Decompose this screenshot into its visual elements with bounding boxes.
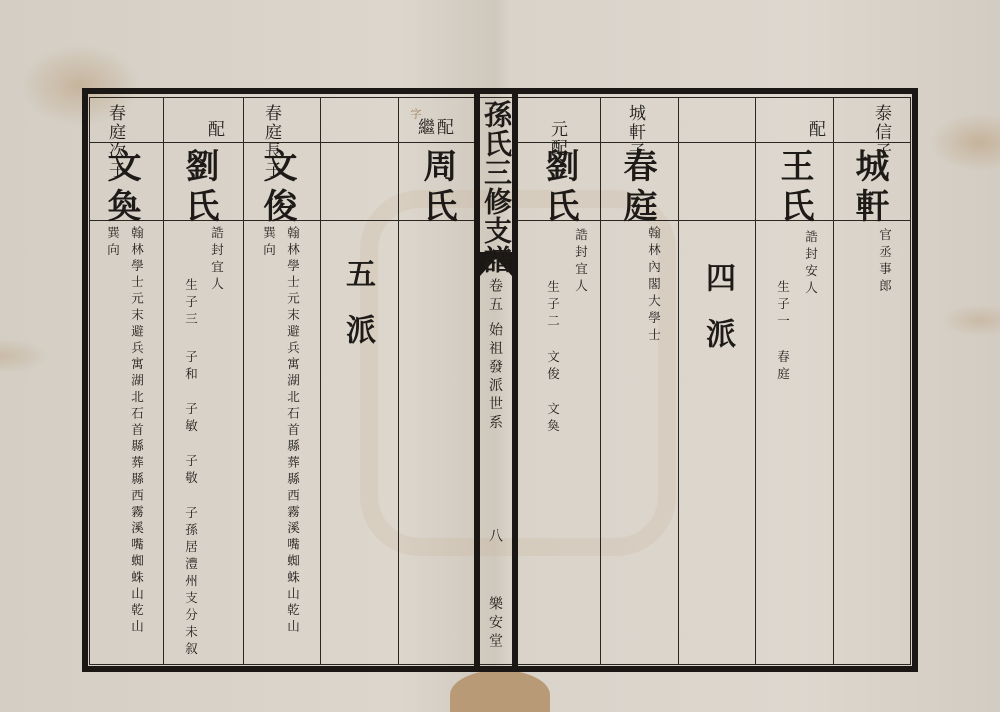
person-notes: 巽向 [262,226,275,260]
person-notes: 文俊 [546,350,559,384]
row-divider [518,142,911,143]
person-notes: 翰林學士元末避兵寓湖北石首縣葬縣西霧溪嘴蜘蛛山乾山 [130,226,143,636]
binding-stain [450,670,550,712]
branch-label-four: 四派 [702,262,732,374]
person-notes: 官丞事郎 [878,228,891,296]
person-name: 文俊 [260,148,294,228]
book-title: 孫氏三修支譜 [482,100,510,274]
hall-name: 樂安堂 [488,596,502,652]
person-notes: 春庭 [776,350,789,384]
person-name: 春庭 [620,148,654,228]
column-divider [600,97,601,665]
section-label: 始祖發派世系 [488,322,502,433]
column-divider [755,97,756,665]
person-notes: 巽向 [106,226,119,260]
column-divider [163,97,164,665]
person-notes: 子敏 [184,402,197,436]
person-name: 文奐 [104,148,138,228]
person-notes: 子和 [184,350,197,384]
relation-label: 配 [806,120,823,139]
person-name: 劉氏 [542,148,576,228]
column-divider [398,97,399,665]
column-divider [678,97,679,665]
person-name: 劉氏 [182,148,216,228]
page-number: 八 [488,528,502,547]
person-notes: 誥封宜人 [210,226,223,294]
person-notes: 誥封宜人 [574,228,587,296]
person-notes: 生子三 [184,278,197,329]
person-notes: 子敬 [184,454,197,488]
volume-label: 卷五 [488,278,502,315]
relation-label: 配 [205,120,222,139]
column-divider [833,97,834,665]
branch-label-five: 五派 [342,258,372,370]
column-divider [243,97,244,665]
column-divider [320,97,321,665]
person-name: 城軒 [852,148,886,228]
person-name: 周氏 [420,148,454,228]
person-name: 王氏 [777,148,811,228]
person-notes: 翰林內閣大學士 [647,226,660,345]
person-notes: 文奐 [546,402,559,436]
person-notes: 生子一 [776,280,789,331]
person-notes: 子孫居澧州支分未叙 [184,506,197,659]
row-divider [89,142,474,143]
person-notes: 生子二 [546,280,559,331]
person-notes: 誥封安人 [804,230,817,298]
relation-label: 繼配 [418,120,456,137]
person-notes: 翰林學士元末避兵寓湖北石首縣葬縣西霧溪嘴蜘蛛山乾山 [286,226,299,636]
